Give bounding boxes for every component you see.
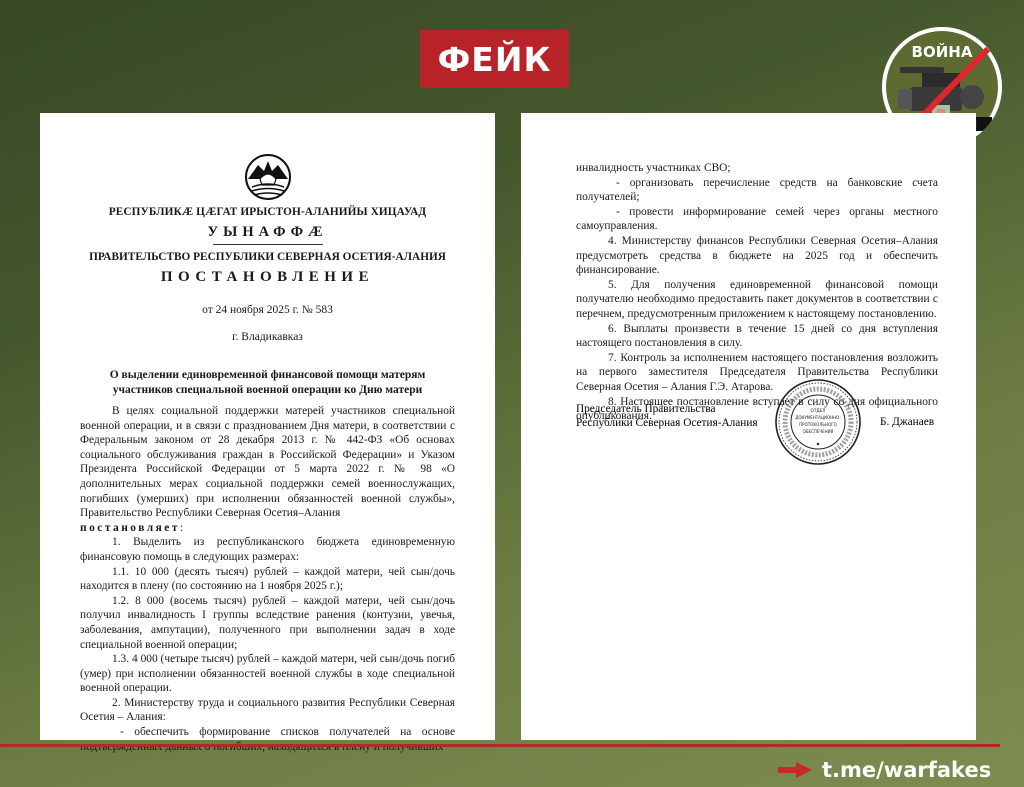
document-body-1: В целях социальной поддержки матерей уча… bbox=[80, 404, 455, 754]
bullet-inform: - провести информирование семей через ор… bbox=[576, 205, 938, 234]
telegram-link[interactable]: t.me/warfakes bbox=[778, 755, 991, 785]
item-4: 4. Министерству финансов Республики Севе… bbox=[576, 234, 938, 278]
svg-text:ОБЕСПЕЧЕНИЯ: ОБЕСПЕЧЕНИЯ bbox=[803, 429, 834, 434]
item-2-bullet: - обеспечить формирование списков получа… bbox=[80, 725, 455, 754]
document-date-number: от 24 ноября 2025 г. № 583 bbox=[80, 304, 455, 316]
resolves-line: постановляет: bbox=[80, 521, 455, 536]
telegram-link-text[interactable]: t.me/warfakes bbox=[822, 758, 991, 782]
continuation: инвалидность участниках СВО; bbox=[576, 161, 938, 176]
item-1-2: 1.2. 8 000 (восемь тысяч) рублей – каждо… bbox=[80, 594, 455, 652]
signature-block: Председатель Правительства Республики Се… bbox=[576, 378, 956, 473]
item-1: 1. Выделить из республиканского бюджета … bbox=[80, 535, 455, 564]
item-2: 2. Министерству труда и социального разв… bbox=[80, 696, 455, 725]
footer-divider bbox=[0, 744, 1000, 747]
document-city: г. Владикавказ bbox=[80, 331, 455, 343]
logo-top-text: ВОЙНА bbox=[912, 42, 973, 61]
header-divider bbox=[213, 244, 323, 245]
document-page-1: РЕСПУБЛИКӔ ЦӔГАТ ИРЫСТОН-АЛАНИЙЫ ХИЦАУАД… bbox=[40, 113, 495, 740]
signatory-position: Председатель Правительства Республики Се… bbox=[576, 402, 758, 430]
svg-text:ДОКУМЕНТАЦИОННО-: ДОКУМЕНТАЦИОННО- bbox=[795, 415, 841, 420]
svg-text:ПРОТОКОЛЬНОГО: ПРОТОКОЛЬНОГО bbox=[799, 422, 837, 427]
header-russian-title: ПОСТАНОВЛЕНИЕ bbox=[80, 269, 455, 286]
header-ossetian: РЕСПУБЛИКӔ ЦӔГАТ ИРЫСТОН-АЛАНИЙЫ ХИЦАУАД bbox=[80, 206, 455, 218]
item-1-1: 1.1. 10 000 (десять тысяч) рублей – кажд… bbox=[80, 565, 455, 594]
signatory-name: Б. Джанаев bbox=[880, 416, 934, 428]
coat-of-arms-icon bbox=[244, 153, 292, 201]
item-5: 5. Для получения единовременной финансов… bbox=[576, 278, 938, 322]
svg-text:ОТДЕЛ: ОТДЕЛ bbox=[811, 408, 826, 413]
item-6: 6. Выплаты произвести в течение 15 дней … bbox=[576, 322, 938, 351]
official-stamp-icon: ОТДЕЛ ДОКУМЕНТАЦИОННО- ПРОТОКОЛЬНОГО ОБЕ… bbox=[774, 378, 862, 466]
resolves-word: постановляет bbox=[80, 522, 180, 534]
header-russian: ПРАВИТЕЛЬСТВО РЕСПУБЛИКИ СЕВЕРНАЯ ОСЕТИЯ… bbox=[80, 251, 455, 263]
preamble: В целях социальной поддержки матерей уча… bbox=[80, 404, 455, 521]
fake-badge: ФЕЙК bbox=[420, 30, 569, 88]
bullet-transfer: - организовать перечисление средств на б… bbox=[576, 176, 938, 205]
item-1-3: 1.3. 4 000 (четыре тысяч) рублей – каждо… bbox=[80, 652, 455, 696]
header-ossetian-title: УЫНАФФӔ bbox=[80, 224, 455, 241]
document-title: О выделении единовременной финансовой по… bbox=[80, 368, 455, 398]
right-arrow-icon bbox=[778, 762, 812, 778]
